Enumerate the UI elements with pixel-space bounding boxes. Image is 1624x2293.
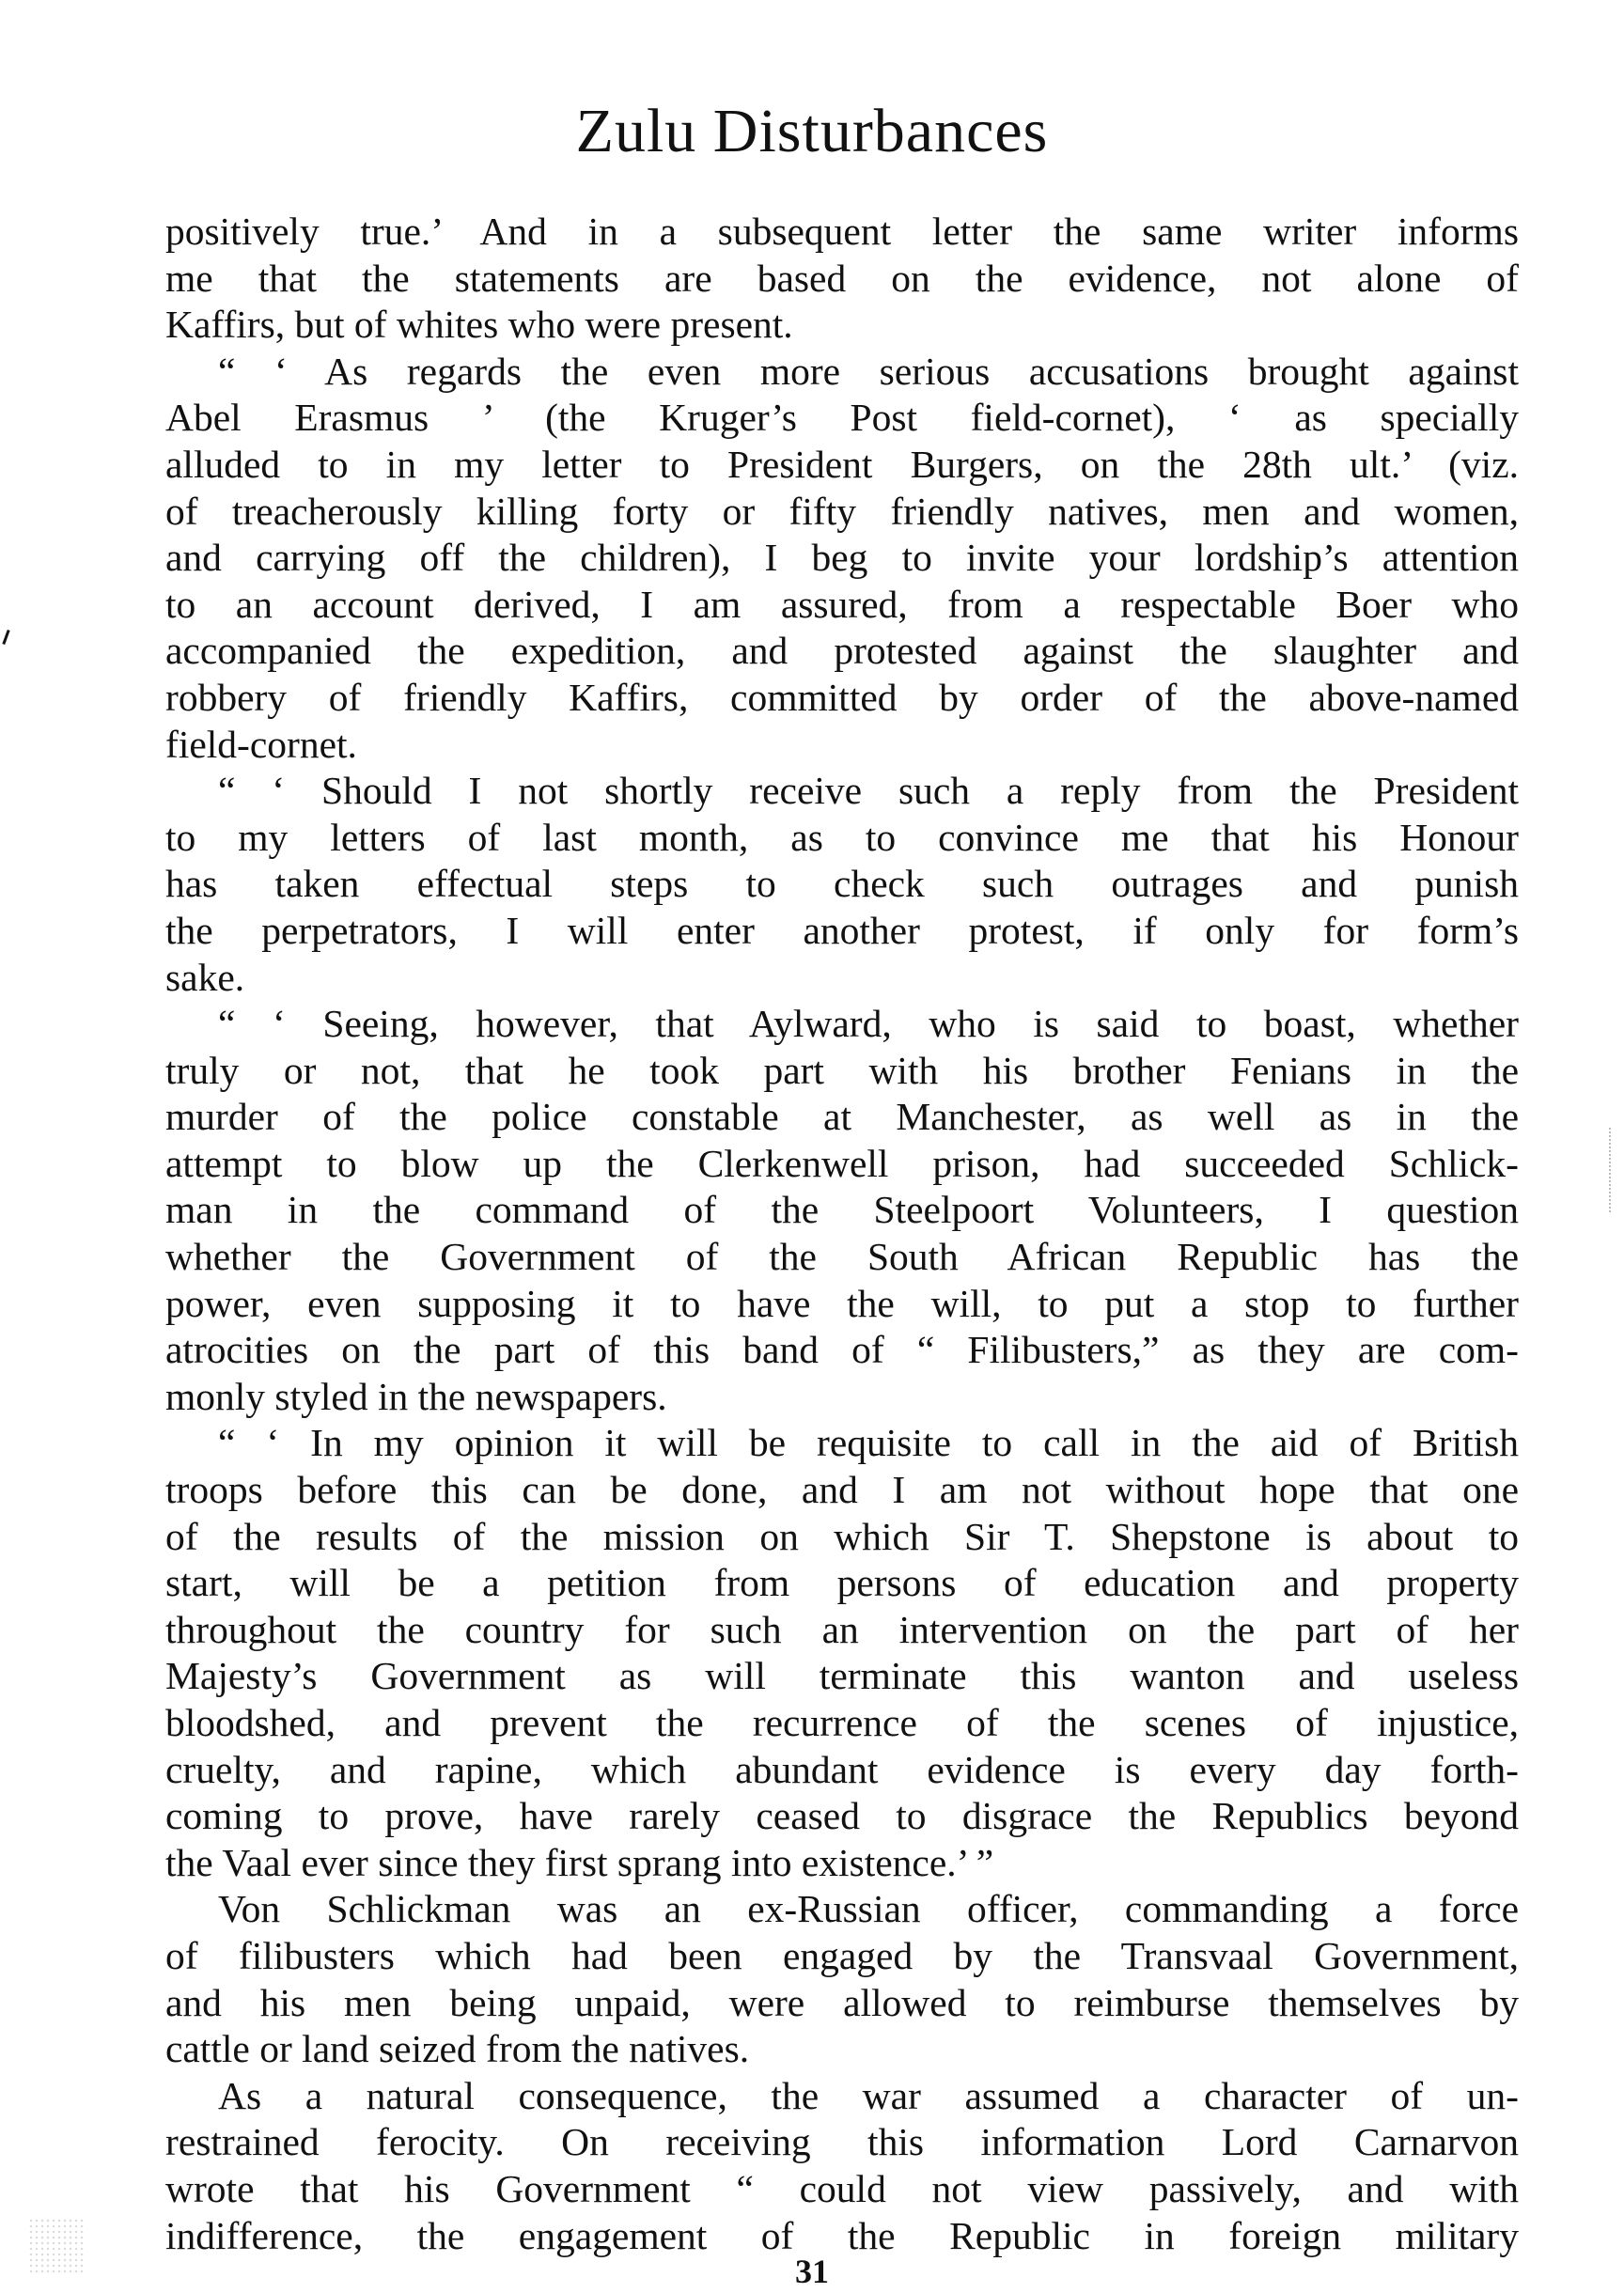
text-line: murder of the police constable at Manche… bbox=[165, 1094, 1519, 1141]
text-line: “ ‘ Should I not shortly receive such a … bbox=[165, 768, 1519, 815]
text-line: cruelty, and rapine, which abundant evid… bbox=[165, 1747, 1519, 1794]
text-line: of the results of the mission on which S… bbox=[165, 1514, 1519, 1561]
text-line: wrote that his Government “ could not vi… bbox=[165, 2166, 1519, 2213]
text-line: me that the statements are based on the … bbox=[165, 256, 1519, 303]
text-line: man in the command of the Steelpoort Vol… bbox=[165, 1187, 1519, 1234]
text-line: monly styled in the newspapers. bbox=[165, 1374, 1519, 1421]
page-number: 31 bbox=[0, 2252, 1624, 2291]
text-line: sake. bbox=[165, 955, 1519, 1002]
text-line: accompanied the expedition, and proteste… bbox=[165, 628, 1519, 675]
text-line: troops before this can be done, and I am… bbox=[165, 1467, 1519, 1514]
text-line: truly or not, that he took part with his… bbox=[165, 1048, 1519, 1095]
text-line: attempt to blow up the Clerkenwell priso… bbox=[165, 1141, 1519, 1188]
paragraph: “ ‘ Should I not shortly receive such a … bbox=[165, 768, 1519, 1001]
corner-scan-artifact bbox=[28, 2218, 85, 2274]
text-line: Kaffirs, but of whites who were present. bbox=[165, 302, 1519, 349]
text-line: As a natural consequence, the war assume… bbox=[165, 2073, 1519, 2120]
paragraph: “ ‘ Seeing, however, that Aylward, who i… bbox=[165, 1001, 1519, 1420]
text-line: has taken effectual steps to check such … bbox=[165, 861, 1519, 908]
text-line: and carrying off the children), I beg to… bbox=[165, 535, 1519, 582]
text-line: “ ‘ In my opinion it will be requisite t… bbox=[165, 1420, 1519, 1467]
text-line: whether the Government of the South Afri… bbox=[165, 1234, 1519, 1281]
text-line: to my letters of last month, as to convi… bbox=[165, 815, 1519, 862]
text-line: Abel Erasmus ’ (the Kruger’s Post field-… bbox=[165, 395, 1519, 442]
text-line: and his men being unpaid, were allowed t… bbox=[165, 1980, 1519, 2027]
margin-scan-artifact bbox=[1609, 1128, 1613, 1212]
text-line: bloodshed, and prevent the recurrence of… bbox=[165, 1700, 1519, 1747]
paragraph: “ ‘ In my opinion it will be requisite t… bbox=[165, 1420, 1519, 1886]
text-line: start, will be a petition from persons o… bbox=[165, 1560, 1519, 1607]
paragraph: Von Schlickman was an ex-Russian officer… bbox=[165, 1886, 1519, 2072]
text-line: Majesty’s Government as will terminate t… bbox=[165, 1653, 1519, 1700]
text-line: “ ‘ Seeing, however, that Aylward, who i… bbox=[165, 1001, 1519, 1048]
text-line: throughout the country for such an inter… bbox=[165, 1607, 1519, 1654]
text-line: alluded to in my letter to President Bur… bbox=[165, 442, 1519, 489]
text-line: robbery of friendly Kaffirs, committed b… bbox=[165, 675, 1519, 722]
text-line: cattle or land seized from the natives. bbox=[165, 2026, 1519, 2073]
text-line: of filibusters which had been engaged by… bbox=[165, 1933, 1519, 1980]
paragraph: As a natural consequence, the war assume… bbox=[165, 2073, 1519, 2259]
text-line: restrained ferocity. On receiving this i… bbox=[165, 2119, 1519, 2166]
margin-pencil-mark bbox=[2, 630, 9, 645]
body-text: positively true.’ And in a subsequent le… bbox=[165, 209, 1519, 2259]
running-title: Zulu Disturbances bbox=[0, 94, 1624, 169]
text-line: field-cornet. bbox=[165, 722, 1519, 769]
text-line: the Vaal ever since they first sprang in… bbox=[165, 1840, 1519, 1887]
text-line: Von Schlickman was an ex-Russian officer… bbox=[165, 1886, 1519, 1933]
text-line: power, even supposing it to have the wil… bbox=[165, 1281, 1519, 1328]
text-line: the perpetrators, I will enter another p… bbox=[165, 908, 1519, 955]
paragraph: positively true.’ And in a subsequent le… bbox=[165, 209, 1519, 349]
text-line: atrocities on the part of this band of “… bbox=[165, 1327, 1519, 1374]
text-line: of treacherously killing forty or fifty … bbox=[165, 489, 1519, 536]
text-line: coming to prove, have rarely ceased to d… bbox=[165, 1793, 1519, 1840]
text-line: “ ‘ As regards the even more serious acc… bbox=[165, 349, 1519, 396]
paragraph: “ ‘ As regards the even more serious acc… bbox=[165, 349, 1519, 768]
book-page: Zulu Disturbances positively true.’ And … bbox=[0, 0, 1624, 2293]
text-line: to an account derived, I am assured, fro… bbox=[165, 582, 1519, 629]
text-line: positively true.’ And in a subsequent le… bbox=[165, 209, 1519, 256]
